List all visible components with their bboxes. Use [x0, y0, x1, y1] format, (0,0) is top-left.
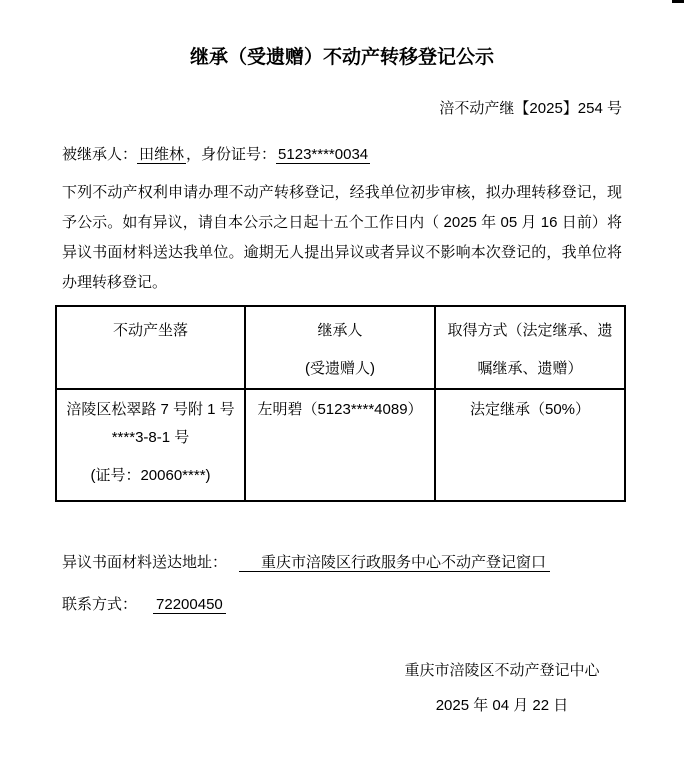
decedent-id-value: 5123****0034	[276, 146, 370, 164]
property-table-body: 涪陵区松翠路 7 号附 1 号 ****3-8-1 号 (证号：20060***…	[56, 389, 625, 501]
notice-body-paragraph: 下列不动产权利申请办理不动产转移登记，经我单位初步审核，拟办理转移登记，现予公示…	[62, 178, 622, 298]
objection-address-line: 异议书面材料送达地址：重庆市涪陵区行政服务中心不动产登记窗口	[62, 552, 622, 574]
cell-heir: 左明碧（5123****4089）	[245, 389, 435, 501]
location-line2: ****3-8-1 号	[62, 424, 239, 452]
table-data-row: 涪陵区松翠路 7 号附 1 号 ****3-8-1 号 (证号：20060***…	[56, 389, 625, 501]
acquisition-method: 法定继承（50%）	[441, 396, 619, 424]
notice-document: 继承（受遗赠）不动产转移登记公示 涪不动产继【2025】254 号 被继承人：田…	[0, 46, 684, 717]
scan-artifact-mark	[672, 0, 684, 3]
contact-phone-value: 72200450	[153, 596, 226, 614]
objection-address-value: 重庆市涪陵区行政服务中心不动产登记窗口	[239, 554, 550, 572]
property-table-head: 不动产坐落 继承人 (受遗赠人) 取得方式（法定继承、遗嘱继承、遗赠）	[56, 306, 625, 389]
header-heir-line1: 继承人	[251, 312, 429, 350]
contact-label: 联系方式：	[62, 596, 137, 613]
decedent-id-label: ，身份证号：	[186, 146, 276, 163]
signature-date: 2025 年 04 月 22 日	[382, 695, 622, 717]
signature-organization: 重庆市涪陵区不动产登记中心	[382, 660, 622, 682]
cell-acquisition: 法定继承（50%）	[435, 389, 625, 501]
location-line1: 涪陵区松翠路 7 号附 1 号	[62, 396, 239, 424]
header-cell-location: 不动产坐落	[56, 306, 245, 389]
header-acquisition-text: 取得方式（法定继承、遗嘱继承、遗赠）	[441, 312, 619, 388]
header-heir-line2: (受遗赠人)	[251, 350, 429, 388]
table-header-row: 不动产坐落 继承人 (受遗赠人) 取得方式（法定继承、遗嘱继承、遗赠）	[56, 306, 625, 389]
contact-line: 联系方式：72200450	[62, 594, 622, 616]
objection-address-label: 异议书面材料送达地址：	[62, 554, 227, 571]
decedent-line: 被继承人：田维林，身份证号：5123****0034	[62, 144, 622, 166]
header-cell-heir: 继承人 (受遗赠人)	[245, 306, 435, 389]
header-location-text: 不动产坐落	[62, 312, 239, 350]
decedent-name-value: 田维林	[137, 146, 186, 164]
location-cert-number: (证号：20060****)	[62, 462, 239, 490]
page-title: 继承（受遗赠）不动产转移登记公示	[62, 46, 622, 70]
header-cell-acquisition: 取得方式（法定继承、遗嘱继承、遗赠）	[435, 306, 625, 389]
property-table: 不动产坐落 继承人 (受遗赠人) 取得方式（法定继承、遗嘱继承、遗赠） 涪陵区松…	[55, 305, 626, 502]
doc-number: 涪不动产继【2025】254 号	[62, 98, 622, 120]
cell-location: 涪陵区松翠路 7 号附 1 号 ****3-8-1 号 (证号：20060***…	[56, 389, 245, 501]
decedent-label: 被继承人：	[62, 146, 137, 163]
heir-name-and-id: 左明碧（5123****4089）	[251, 396, 429, 424]
